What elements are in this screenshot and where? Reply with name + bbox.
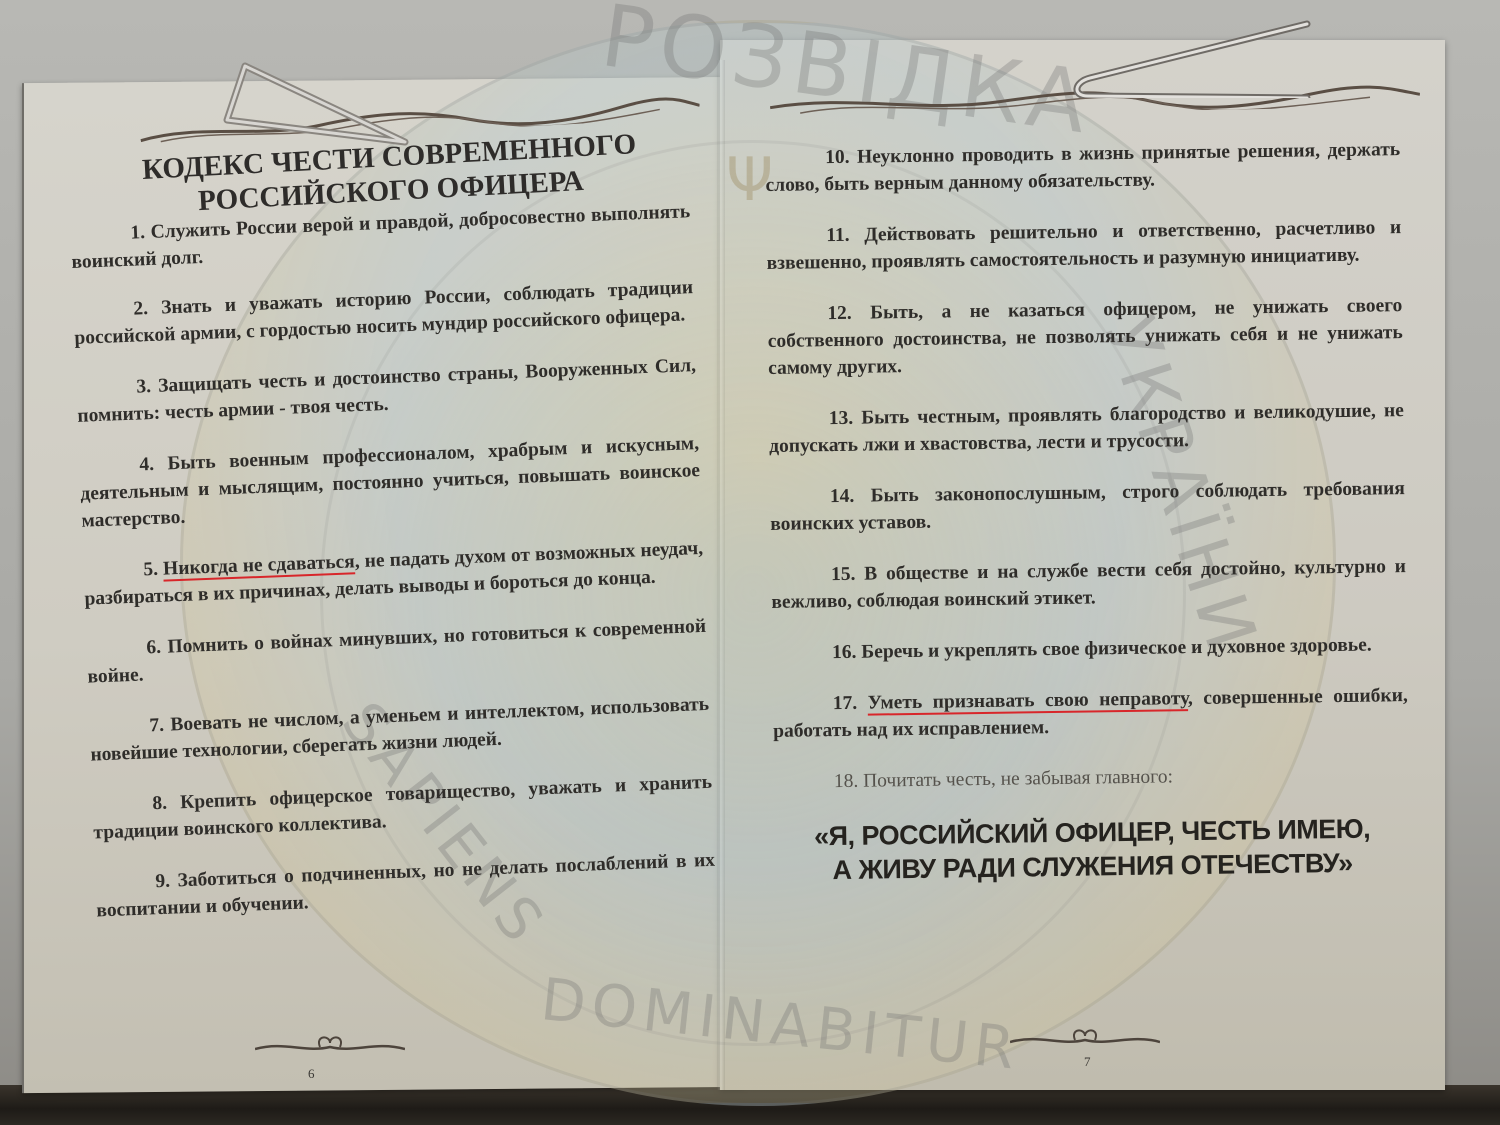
item-text: Почитать честь, не забывая главного: — [863, 766, 1173, 791]
list-item: 2. Знать и уважать историю России, соблю… — [73, 274, 695, 352]
item-text: Быть законопослушным, строго соблюдать т… — [770, 478, 1405, 535]
item-number: 13. — [829, 408, 854, 429]
item-text: Быть военным профессионалом, храбрым и и… — [80, 433, 700, 532]
item-text: Воевать не числом, а уменьем и интеллект… — [90, 694, 709, 766]
item-number: 3. — [136, 376, 151, 398]
item-text: Заботиться о подчиненных, но не делать п… — [96, 850, 715, 922]
item-text: Неуклонно проводить в жизнь принятые реш… — [765, 139, 1400, 196]
item-number: 9. — [155, 871, 170, 893]
list-item: 8. Крепить офицерское товарищество, уваж… — [92, 769, 714, 847]
item-number: 12. — [827, 303, 852, 324]
item-number: 4. — [139, 454, 154, 476]
ornament-bottom-right — [1010, 1028, 1160, 1052]
item-number: 16. — [832, 642, 857, 663]
page-number-left: 6 — [308, 1066, 315, 1082]
item-number: 1. — [130, 222, 145, 244]
item-number: 7. — [149, 715, 164, 737]
item-text: Быть, а не казаться офицером, не унижать… — [768, 295, 1403, 379]
item-text: Беречь и укреплять свое физическое и дух… — [861, 635, 1372, 663]
item-number: 17. — [833, 693, 858, 714]
list-item: 5. Никогда не сдаваться, не падать духом… — [83, 535, 705, 613]
paper-clip-right — [1062, 18, 1312, 98]
list-item: 17. Уметь признавать свою неправоту, сов… — [773, 682, 1409, 745]
item-number: 10. — [825, 147, 850, 168]
list-item: 18. Почитать честь, не забывая главного: — [774, 760, 1409, 796]
item-text: Защищать честь и достоинство страны, Воо… — [77, 355, 696, 427]
item-number: 11. — [826, 225, 850, 246]
item-number: 15. — [831, 564, 856, 585]
list-item: 4. Быть военным профессионалом, храбрым … — [79, 430, 702, 535]
list-item: 9. Заботиться о подчиненных, но не делат… — [95, 847, 717, 925]
list-item: 14. Быть законопослушным, строго соблюда… — [770, 475, 1406, 538]
list-item: 15. В обществе и на службе вести себя до… — [771, 553, 1407, 616]
list-item: 7. Воевать не числом, а уменьем и интелл… — [89, 691, 711, 769]
item-text: Знать и уважать историю России, соблюдат… — [74, 277, 693, 349]
list-item: 12. Быть, а не казаться офицером, не уни… — [767, 292, 1403, 382]
list-item: 6. Помнить о войнах минувших, но готовит… — [86, 613, 708, 691]
item-number: 2. — [133, 298, 148, 320]
list-item: 16. Беречь и укреплять свое физическое и… — [772, 631, 1407, 667]
list-item: 13. Быть честным, проявлять благородство… — [769, 397, 1405, 460]
red-underlined-phrase: Уметь признавать свою неправоту — [868, 688, 1189, 713]
item-number: 18. — [834, 771, 859, 792]
left-page-text: 1. Служить России верой и правдой, добро… — [70, 198, 717, 948]
item-text: Действовать решительно и ответственно, р… — [767, 217, 1402, 274]
item-number: 5. — [143, 559, 158, 581]
item-number: 14. — [830, 486, 855, 507]
red-underlined-phrase: Никогда не сдаваться — [163, 551, 355, 579]
list-item: 3. Защищать честь и достоинство страны, … — [76, 352, 698, 430]
item-number: 8. — [152, 793, 167, 815]
paper-clip-left — [215, 58, 425, 148]
item-text: Крепить офицерское товарищество, уважать… — [93, 772, 712, 844]
list-item: 10. Неуклонно проводить в жизнь принятые… — [765, 136, 1401, 199]
item-text: В обществе и на службе вести себя достой… — [771, 556, 1406, 613]
item-text: Быть честным, проявлять благородство и в… — [769, 400, 1404, 457]
item-text: Помнить о войнах минувших, но готовиться… — [87, 616, 706, 688]
ornament-bottom-left — [255, 1035, 405, 1059]
item-number: 6. — [146, 637, 161, 659]
list-item: 11. Действовать решительно и ответственн… — [766, 214, 1402, 277]
trident-icon: Ψ — [726, 140, 766, 220]
page-number-right: 7 — [1084, 1054, 1091, 1070]
right-page-text: 10. Неуклонно проводить в жизнь принятые… — [765, 136, 1410, 888]
